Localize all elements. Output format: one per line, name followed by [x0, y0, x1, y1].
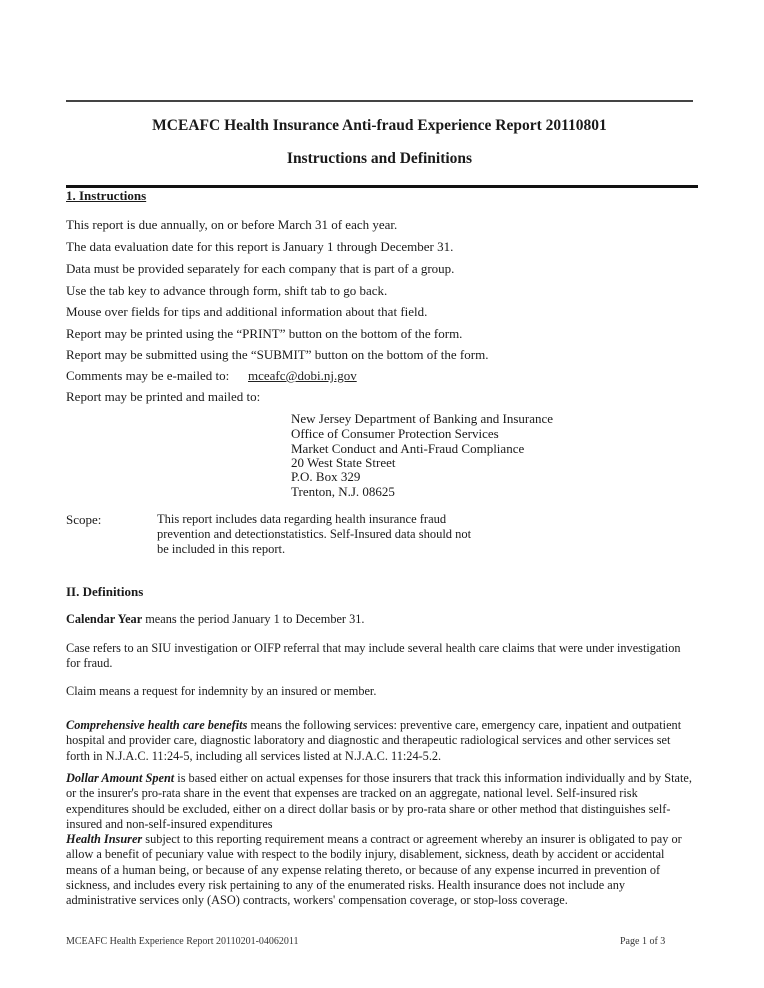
- definition-dollar-amount-spent: Dollar Amount Spent is based either on a…: [66, 771, 696, 832]
- instruction-line: Data must be provided separately for eac…: [66, 261, 454, 277]
- section-rule: [66, 185, 698, 188]
- instruction-line: Use the tab key to advance through form,…: [66, 283, 387, 299]
- definition-text: refers to an SIU investigation or OIFP r…: [66, 641, 681, 670]
- document-subtitle: Instructions and Definitions: [66, 150, 693, 168]
- definition-claim: Claim means a request for indemnity by a…: [66, 684, 696, 699]
- address-line: Office of Consumer Protection Services: [291, 426, 499, 442]
- instruction-line: Mouse over fields for tips and additiona…: [66, 304, 427, 320]
- instruction-line: Report may be printed using the “PRINT” …: [66, 326, 462, 342]
- page-number: Page 1 of 3: [620, 936, 665, 947]
- definition-text: means the period January 1 to December 3…: [142, 612, 364, 626]
- definition-text: means a request for indemnity by an insu…: [96, 684, 376, 698]
- definitions-heading: II. Definitions: [66, 584, 143, 600]
- address-line: Trenton, N.J. 08625: [291, 484, 395, 500]
- instruction-line: The data evaluation date for this report…: [66, 239, 453, 255]
- top-rule: [66, 100, 693, 102]
- document-title: MCEAFC Health Insurance Anti-fraud Exper…: [66, 117, 693, 135]
- instruction-line: Comments may be e-mailed to:: [66, 368, 229, 384]
- address-line: P.O. Box 329: [291, 469, 360, 485]
- definition-term: Health Insurer: [66, 832, 142, 846]
- instruction-line: Report may be printed and mailed to:: [66, 389, 260, 405]
- definition-term: Dollar Amount Spent: [66, 771, 174, 785]
- definition-term: Case: [66, 641, 90, 655]
- definition-text: subject to this reporting requirement me…: [66, 832, 682, 907]
- definition-health-insurer: Health Insurer subject to this reporting…: [66, 832, 696, 908]
- definition-term: Comprehensive health care benefits: [66, 718, 247, 732]
- definition-comprehensive-benefits: Comprehensive health care benefits means…: [66, 718, 696, 764]
- instructions-heading: 1. Instructions: [66, 188, 146, 204]
- scope-label: Scope:: [66, 512, 101, 528]
- instruction-line: Report may be submitted using the “SUBMI…: [66, 347, 488, 363]
- definition-calendar-year: Calendar Year means the period January 1…: [66, 612, 696, 627]
- definition-case: Case refers to an SIU investigation or O…: [66, 641, 696, 672]
- email-link[interactable]: mceafc@dobi.nj.gov: [248, 368, 357, 384]
- address-line: New Jersey Department of Banking and Ins…: [291, 411, 553, 427]
- definition-term: Claim: [66, 684, 96, 698]
- footer-document-id: MCEAFC Health Experience Report 20110201…: [66, 936, 299, 947]
- instruction-line: This report is due annually, on or befor…: [66, 217, 397, 233]
- definition-term: Calendar Year: [66, 612, 142, 626]
- scope-text: This report includes data regarding heal…: [157, 512, 477, 557]
